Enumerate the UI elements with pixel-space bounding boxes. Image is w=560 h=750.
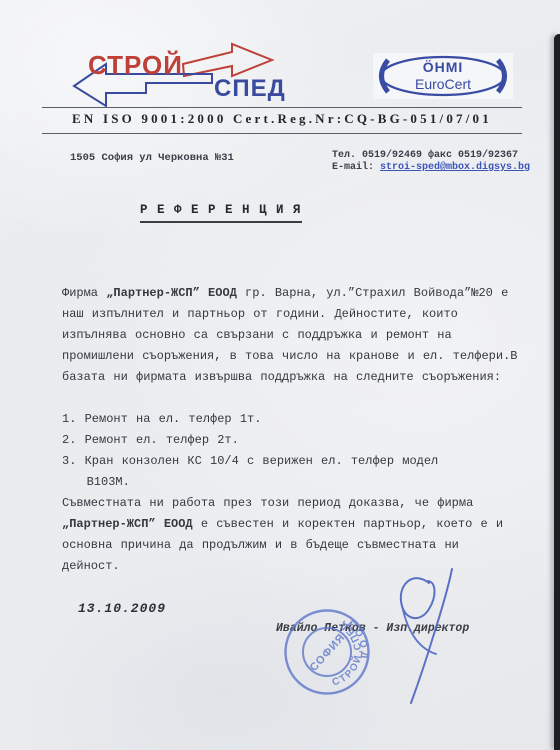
stroy-sped-logo: СТРОЙ СПЕД bbox=[70, 40, 300, 110]
body-line: 1. Ремонт на ел. телфер 1т. bbox=[62, 409, 524, 430]
logo-word-stroy: СТРОЙ bbox=[88, 50, 183, 81]
body-line: 2. Ремонт ел. телфер 2т. bbox=[62, 430, 524, 451]
body-line: промишлени съоръжения, в това число на к… bbox=[62, 346, 524, 367]
logo-word-sped: СПЕД bbox=[214, 75, 286, 103]
company-stamp-icon: СТРОЙ СПЕД ЕООД СОФИЯ bbox=[279, 604, 375, 700]
body-line: 3. Кран конзолен КС 10/4 с верижен ел. т… bbox=[62, 451, 524, 472]
body-lines: Фирма „Партнер-ЖСП” ЕООД гр. Варна, ул.”… bbox=[62, 283, 524, 577]
divider-top bbox=[42, 107, 522, 108]
scanner-edge-artifact bbox=[554, 34, 560, 750]
stamp-center-text: СОФИЯ bbox=[308, 631, 348, 674]
phone-fax-line: Тел. 0519/92469 факс 0519/92367 bbox=[332, 150, 530, 162]
eurocert-line1: ÖHMI bbox=[423, 59, 464, 75]
eurocert-logo: ÖHMI EuroCert bbox=[373, 53, 513, 99]
body-line: В103М. bbox=[62, 472, 524, 493]
body-line: основна причина да продължим и в бъдеще … bbox=[62, 535, 524, 556]
body-line: Съвместната ни работа през този период д… bbox=[62, 493, 524, 514]
doc-title: Р Е Ф Е Р Е Н Ц И Я bbox=[140, 203, 302, 223]
email-link: stroi-sped@mbox.digsys.bg bbox=[380, 162, 530, 173]
body-line: „Партнер-ЖСП” ЕООД е съвестен и коректен… bbox=[62, 514, 524, 535]
body-line: базата ни фирмата извършва поддръжка на … bbox=[62, 367, 524, 388]
contact-block: Тел. 0519/92469 факс 0519/92367 E-mail: … bbox=[332, 150, 530, 174]
body-line: изпълнява основно са свързани с поддръжк… bbox=[62, 325, 524, 346]
divider-bottom bbox=[42, 133, 522, 134]
red-arrow-icon bbox=[183, 44, 272, 76]
email-label: E-mail: bbox=[332, 162, 380, 173]
body-line: наш изпълнител и партньор от години. Дей… bbox=[62, 304, 524, 325]
email-line: E-mail: stroi-sped@mbox.digsys.bg bbox=[332, 162, 530, 174]
iso-cert-line: EN ISO 9001:2000 Cert.Reg.Nr:CQ-BG-051/0… bbox=[42, 111, 522, 127]
eurocert-line2: EuroCert bbox=[415, 76, 471, 92]
eurocert-oval-icon: ÖHMI EuroCert bbox=[373, 53, 513, 99]
company-address: 1505 София ул Черковна №31 bbox=[70, 152, 234, 164]
body-line: Фирма „Партнер-ЖСП” ЕООД гр. Варна, ул.”… bbox=[62, 283, 524, 304]
document-page: СТРОЙ СПЕД ÖHMI EuroCert EN ISO 9001:200… bbox=[0, 0, 560, 750]
body-line bbox=[62, 388, 524, 409]
signature-icon bbox=[370, 560, 480, 710]
doc-date: 13.10.2009 bbox=[78, 601, 166, 616]
